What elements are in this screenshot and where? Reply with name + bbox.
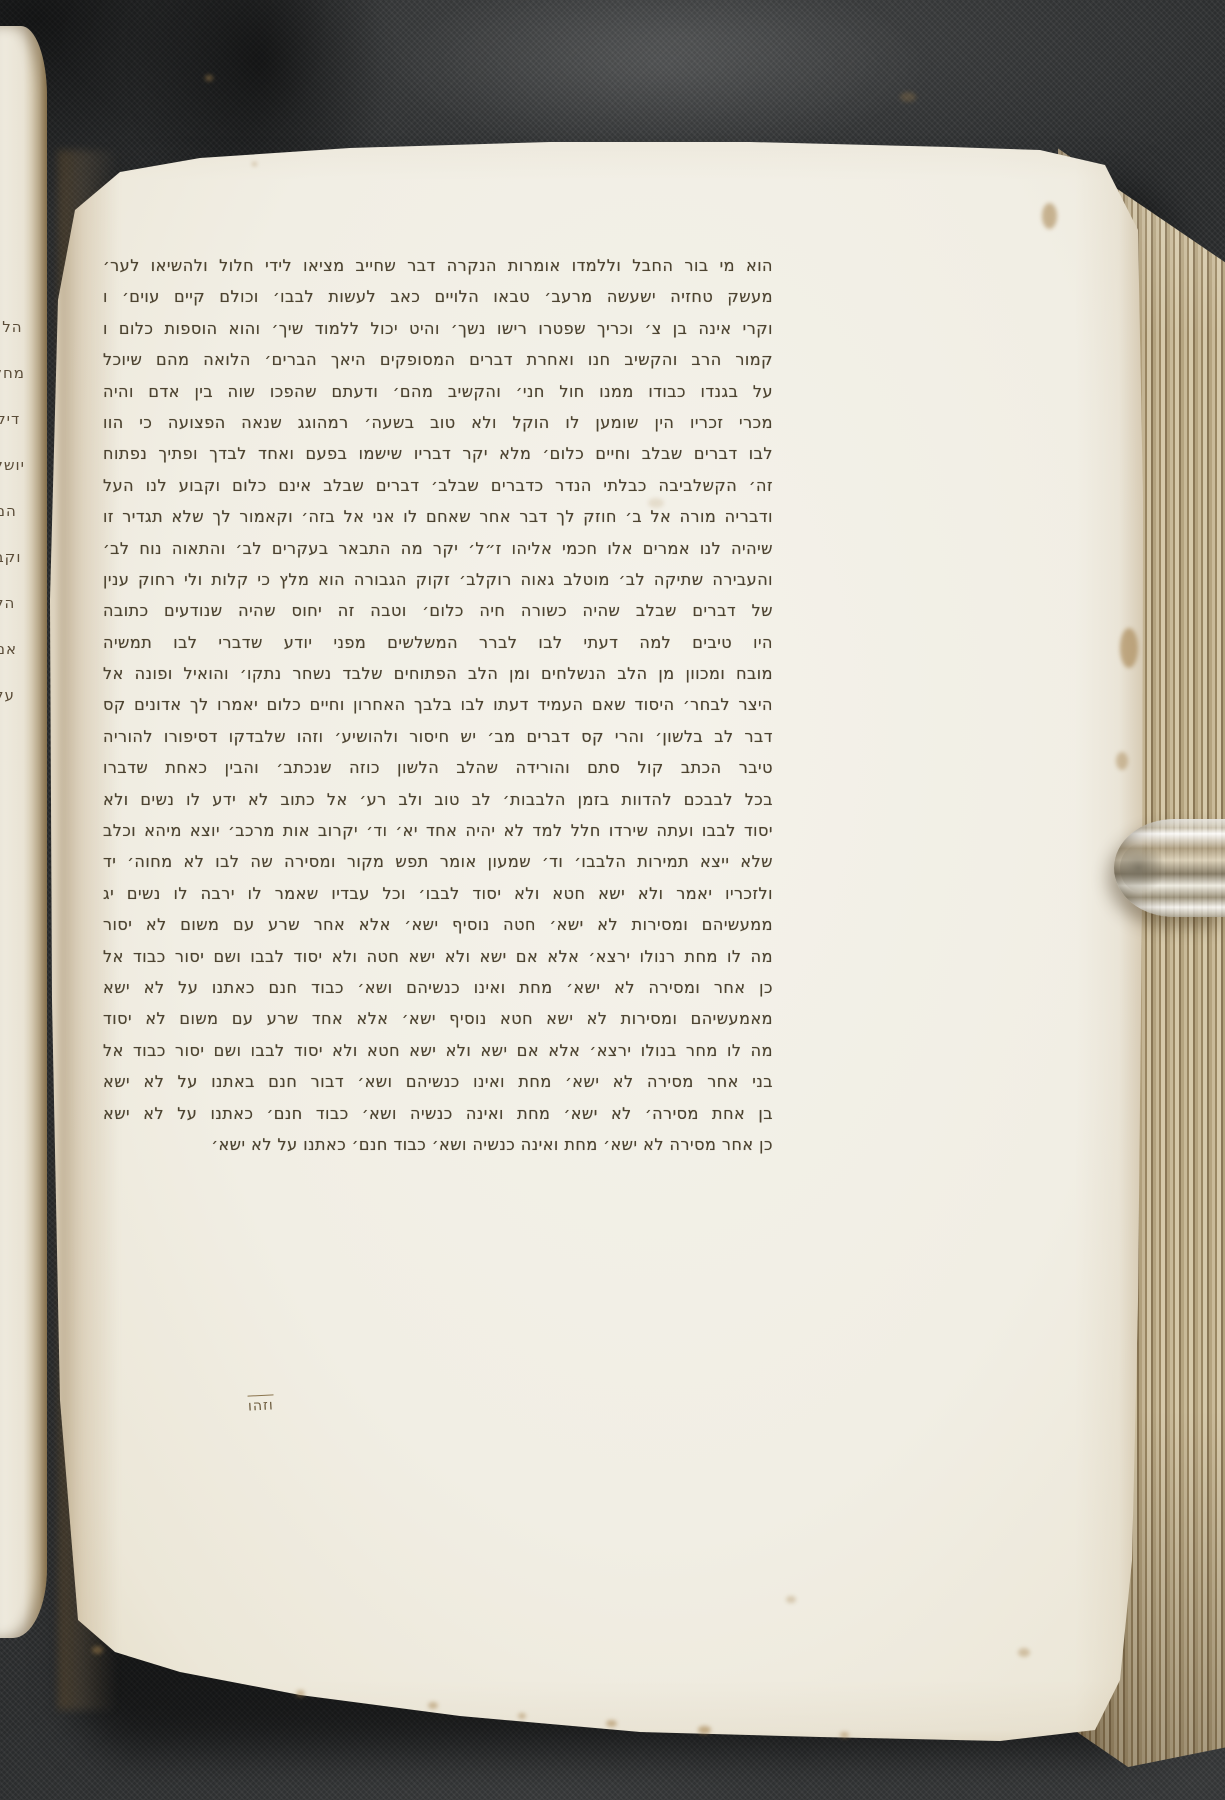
foxing-spot	[840, 1732, 849, 1738]
manuscript-line: מובח ומכוון מן הלב הנשלחים ומן הלב הפתוח…	[103, 658, 773, 689]
manuscript-line: לבו דברים שבלב וחיים כלום׳ מלא יקר דבריו…	[103, 438, 773, 469]
fabric-fold-highlight	[380, 0, 940, 160]
glass-weight-rod-tip	[1120, 843, 1166, 893]
margin-fragment: יושל	[0, 442, 25, 488]
margin-fragment: הל׳	[0, 304, 25, 350]
manuscript-line: קמור הרב והקשיב חנו ואחרת דברים המסופקים…	[103, 344, 773, 375]
foxing-spot	[606, 1720, 617, 1727]
manuscript-line: בן אחת מסירה׳ לא ישא׳ מחת ואינה כנשיה וש…	[103, 1098, 773, 1129]
foxing-spot	[900, 92, 916, 102]
manuscript-line: וקרי אינה בן צ׳ וכריך שפטרו רישו נשך׳ וה…	[103, 313, 773, 344]
facing-page-fragments: הל׳מחקדיקיושלהםוקבהלאםעל	[0, 304, 30, 718]
manuscript-line: היו טיבים למה דעתי לבו לברר המשלשים מפני…	[103, 627, 773, 658]
manuscript-line: שיהיה לנו אמרים אלו חכמי אליהו ז״ל׳ יקר …	[103, 533, 773, 564]
foxing-spot	[205, 75, 213, 81]
foxing-spot	[1018, 1648, 1030, 1657]
foxing-spot	[1116, 752, 1128, 770]
manuscript-line: בני אחר מסירה לא ישא׳ מחת ואינו כנשיהם ו…	[103, 1066, 773, 1097]
facing-page-edge: הל׳מחקדיקיושלהםוקבהלאםעל	[0, 26, 47, 1638]
manuscript-line: של דברים שבלב שהיה כשורה חיה כלום׳ וטבה …	[103, 595, 773, 626]
margin-fragment: הל	[0, 580, 25, 626]
manuscript-line: כן אחר ומסירה לא ישא׳ מחת ואינו כנשיהם ו…	[103, 972, 773, 1003]
manuscript-line: מאמעשיהם ומסירות לא ישא חטא נוסיף ישא׳ א…	[103, 1003, 773, 1034]
manuscript-line: מכרי זכריו הין שומען לו הוקל ולא טוב בשע…	[103, 407, 773, 438]
manuscript-line: מה לו מחת רנולו ירצא׳ אלא אם ישא ולא ישא…	[103, 941, 773, 972]
foxing-spot	[1042, 203, 1057, 229]
manuscript-line: היצר לבחר׳ היסוד שאם העמיד דעתו לבו בלבך…	[103, 689, 773, 720]
foxing-spot	[518, 1713, 526, 1719]
manuscript-line: זה׳ הקשלביבה כבלתי הנדר כדברים שבלב׳ דבר…	[103, 470, 773, 501]
foxing-spot	[92, 1646, 103, 1654]
manuscript-line: יסוד לבבו ועתה שירדו חלל למד לא יהיה אחד…	[103, 815, 773, 846]
foxing-spot	[428, 1702, 438, 1709]
margin-fragment: על	[0, 672, 25, 718]
manuscript-line: הוא מי בור החבל וללמדו אומרות הנקרה דבר …	[103, 250, 773, 281]
margin-fragment: מחק	[0, 350, 25, 396]
manuscript-line: ולזכריו יאמר ולא ישא חטא ולא יסוד לבבו׳ …	[103, 878, 773, 909]
manuscript-line: דבר לב בלשון׳ והרי קס דברים מב׳ יש חיסור…	[103, 721, 773, 752]
margin-fragment: וקב	[0, 534, 25, 580]
catchword: וזהו	[248, 1394, 275, 1414]
manuscript-line: כן אחר מסירה לא ישא׳ מחת ואינה כנשיה ושא…	[103, 1129, 773, 1160]
manuscript-line: ודבריה מורה אל ב׳ חוזק לך דבר אחר שאחם ל…	[103, 501, 773, 532]
manuscript-line: על בגנדו כבודו ממנו חול חני׳ והקשיב מהם׳…	[103, 376, 773, 407]
foxing-spot	[296, 1690, 305, 1697]
manuscript-line: והעבירה שתיקה לב׳ מוטלב גאוה רוקלב׳ זקוק…	[103, 564, 773, 595]
foxing-spot	[1120, 628, 1138, 668]
manuscript-line: ממעשיהם ומסירות לא ישא׳ חטה נוסיף ישא׳ א…	[103, 909, 773, 940]
text-lines: הוא מי בור החבל וללמדו אומרות הנקרה דבר …	[103, 250, 773, 1160]
margin-fragment: דיק	[0, 396, 25, 442]
glass-weight-rod	[1114, 819, 1225, 917]
foxing-spot	[648, 498, 664, 508]
manuscript-line: מה לו מחר בנולו ירצא׳ אלא אם ישא ולא ישא…	[103, 1035, 773, 1066]
foxing-spot	[698, 1726, 711, 1734]
margin-fragment: הם	[0, 488, 25, 534]
manuscript-line: בכל לבבכם להדוות בזמן הלבבות׳ לב טוב ולב…	[103, 784, 773, 815]
foxing-spot	[252, 162, 257, 166]
manuscript-line: טיבר הכתב קול סתם והורידה שהלב הלשון כוז…	[103, 752, 773, 783]
manuscript-line: שלא ייצא תמירות הלבבו׳ וד׳ שמעון אומר תפ…	[103, 846, 773, 877]
manuscript-line: מעשק טחזיה ישעשה מרעב׳ טבאו הלויים כאב ל…	[103, 281, 773, 312]
margin-fragment: אם	[0, 626, 25, 672]
foxing-spot	[786, 1596, 796, 1603]
